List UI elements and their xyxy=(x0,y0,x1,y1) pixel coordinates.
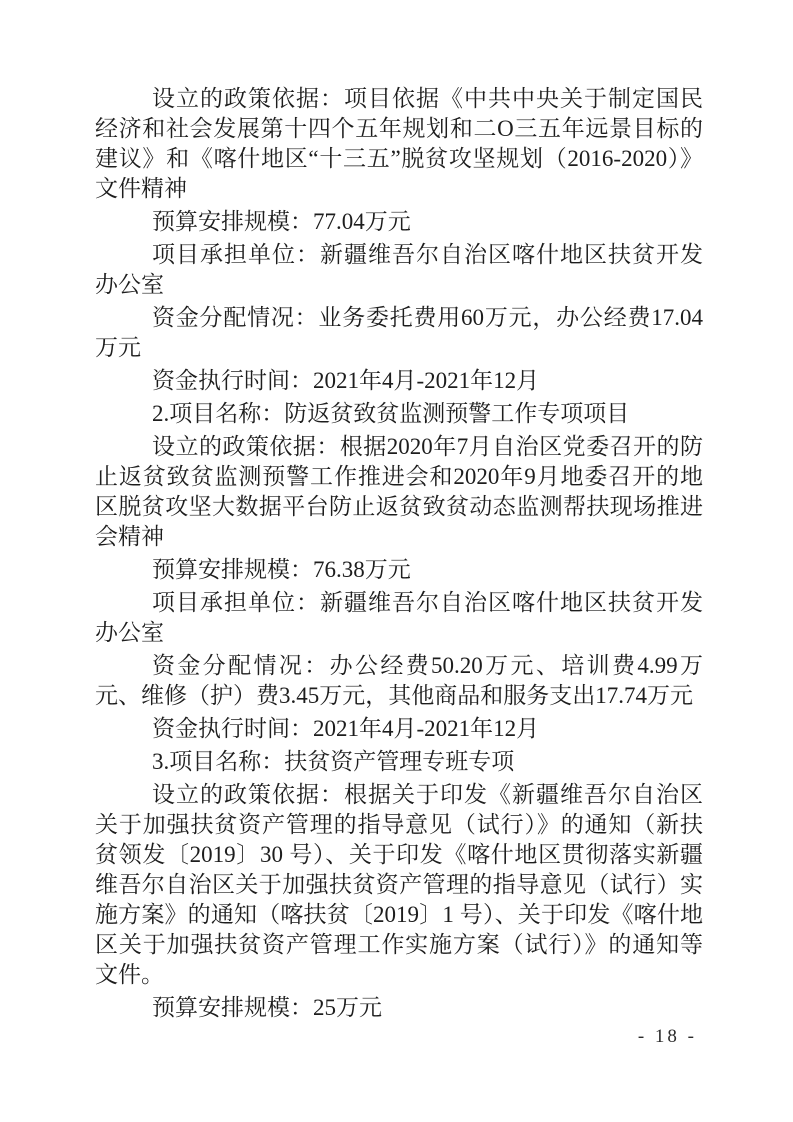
paragraph: 设立的政策依据：项目依据《中共中央关于制定国民经济和社会发展第十四个五年规划和二… xyxy=(95,84,703,204)
paragraph: 资金分配情况：业务委托费用60万元，办公经费17.04万元 xyxy=(95,303,703,363)
page-number: - 18 - xyxy=(638,1026,697,1048)
paragraph: 预算安排规模：77.04万元 xyxy=(95,207,703,237)
paragraph: 3.项目名称：扶贫资产管理专班专项 xyxy=(95,747,703,777)
paragraph: 资金执行时间：2021年4月-2021年12月 xyxy=(95,714,703,744)
paragraph: 设立的政策依据：根据2020年7月自治区党委召开的防止返贫致贫监测预警工作推进会… xyxy=(95,432,703,552)
paragraph: 资金执行时间：2021年4月-2021年12月 xyxy=(95,366,703,396)
paragraph: 资金分配情况：办公经费50.20万元、培训费4.99万元、维修（护）费3.45万… xyxy=(95,651,703,711)
paragraph: 设立的政策依据：根据关于印发《新疆维吾尔自治区关于加强扶贫资产管理的指导意见（试… xyxy=(95,780,703,990)
paragraph: 项目承担单位：新疆维吾尔自治区喀什地区扶贫开发办公室 xyxy=(95,588,703,648)
paragraph: 项目承担单位：新疆维吾尔自治区喀什地区扶贫开发办公室 xyxy=(95,240,703,300)
paragraph: 预算安排规模：25万元 xyxy=(95,993,703,1023)
paragraph: 2.项目名称：防返贫致贫监测预警工作专项项目 xyxy=(95,399,703,429)
paragraph: 预算安排规模：76.38万元 xyxy=(95,555,703,585)
document-body: 设立的政策依据：项目依据《中共中央关于制定国民经济和社会发展第十四个五年规划和二… xyxy=(95,84,703,1026)
document-page: 设立的政策依据：项目依据《中共中央关于制定国民经济和社会发展第十四个五年规划和二… xyxy=(0,0,793,1122)
